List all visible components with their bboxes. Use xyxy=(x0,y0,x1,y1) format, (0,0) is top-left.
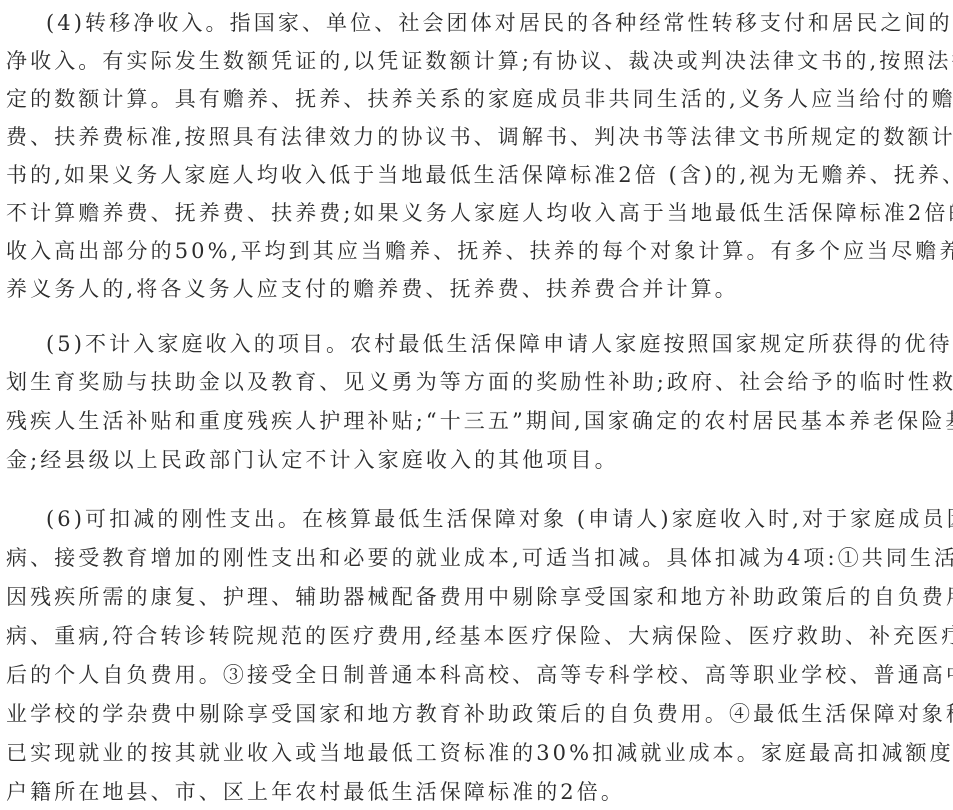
text-line: 户籍所在地县、市、区上年农村最低生活保障标准的2倍。 xyxy=(6,773,625,810)
text-line: (5)不计入家庭收入的项目。农村最低生活保障申请人家庭按照国家规定所获得的优待抚… xyxy=(46,325,953,363)
text-line: 定的数额计算。具有赡养、抚养、扶养关系的家庭成员非共同生活的,义务人应当给付的赡… xyxy=(6,80,953,118)
text-line: (4)转移净收入。指国家、单位、社会团体对居民的各种经常性转移支付和居民之间的经… xyxy=(46,4,953,42)
text-line: 后的个人自负费用。③接受全日制普通本科高校、高等专科学校、高等职业学校、普通高中… xyxy=(6,656,953,694)
text-line: 病、接受教育增加的刚性支出和必要的就业成本,可适当扣减。具体扣减为4项:①共同生… xyxy=(6,539,953,577)
text-line: (6)可扣减的刚性支出。在核算最低生活保障对象 (申请人)家庭收入时,对于家庭成… xyxy=(46,500,953,538)
text-line: 金;经县级以上民政部门认定不计入家庭收入的其他项目。 xyxy=(6,441,619,479)
text-line: 划生育奖励与扶助金以及教育、见义勇为等方面的奖励性补助;政府、社会给予的临时性救… xyxy=(6,363,953,401)
document-page: (4)转移净收入。指国家、单位、社会团体对居民的各种经常性转移支付和居民之间的经… xyxy=(0,0,953,810)
text-line: 书的,如果义务人家庭人均收入低于当地最低生活保障标准2倍 (含)的,视为无赡养、… xyxy=(6,156,953,194)
text-line: 病、重病,符合转诊转院规范的医疗费用,经基本医疗保险、大病保险、医疗救助、补充医… xyxy=(6,617,953,655)
text-line: 收入高出部分的50%,平均到其应当赡养、抚养、扶养的每个对象计算。有多个应当尽赡… xyxy=(6,232,953,270)
text-line: 业学校的学杂费中剔除享受国家和地方教育补助政策后的自负费用。④最低生活保障对象积… xyxy=(6,695,953,733)
text-line: 净收入。有实际发生数额凭证的,以凭证数额计算;有协议、裁决或判决法律文书的,按照… xyxy=(6,42,953,80)
text-line: 不计算赡养费、抚养费、扶养费;如果义务人家庭人均收入高于当地最低生活保障标准2倍… xyxy=(6,194,953,232)
text-line: 因残疾所需的康复、护理、辅助器械配备费用中剔除享受国家和地方补助政策后的自负费用… xyxy=(6,578,953,616)
text-line: 已实现就业的按其就业收入或当地最低工资标准的30%扣减就业成本。家庭最高扣减额度… xyxy=(6,734,953,772)
text-line: 残疾人生活补贴和重度残疾人护理补贴;“十三五”期间,国家确定的农村居民基本养老保… xyxy=(6,402,953,440)
text-line: 费、扶养费标准,按照具有法律效力的协议书、调解书、判决书等法律文书所规定的数额计… xyxy=(6,118,953,156)
text-line: 养义务人的,将各义务人应支付的赡养费、抚养费、扶养费合并计算。 xyxy=(6,270,739,308)
